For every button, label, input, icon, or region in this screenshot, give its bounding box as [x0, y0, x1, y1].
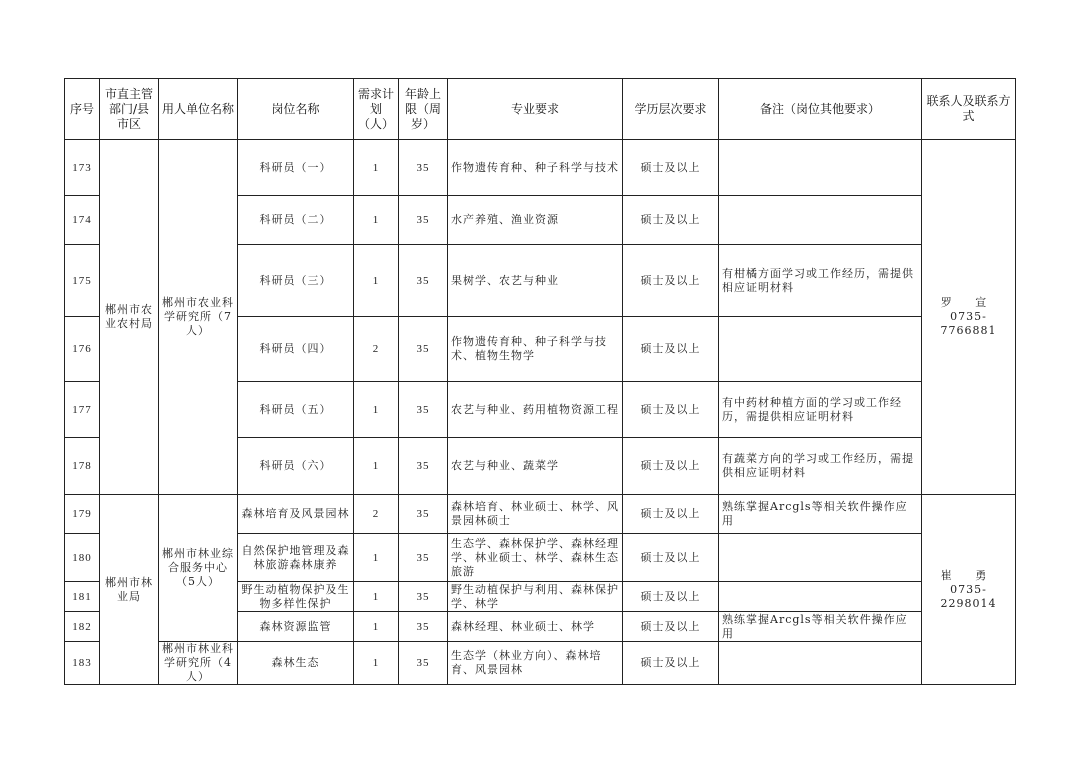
row-notes: 有中药材种植方面的学习或工作经历，需提供相应证明材料 [719, 382, 922, 438]
recruitment-table: 序号 市直主管部门/县市区 用人单位名称 岗位名称 需求计划（人） 年龄上限（周… [64, 78, 1016, 685]
row-position: 科研员（一） [238, 140, 354, 196]
row-major: 农艺与种业、药用植物资源工程 [448, 382, 623, 438]
row-major: 森林培育、林业硕士、林学、风景园林硕士 [448, 495, 623, 534]
row-seq: 178 [65, 438, 100, 495]
row-education: 硕士及以上 [623, 495, 719, 534]
row-quota: 1 [354, 612, 399, 642]
dept-cell: 郴州市农业农村局 [100, 140, 159, 495]
row-quota: 2 [354, 317, 399, 382]
row-notes: 熟练掌握Arcgls等相关软件操作应用 [719, 612, 922, 642]
row-seq: 174 [65, 196, 100, 245]
row-position: 科研员（三） [238, 245, 354, 317]
row-seq: 182 [65, 612, 100, 642]
row-education: 硕士及以上 [623, 382, 719, 438]
row-education: 硕士及以上 [623, 438, 719, 495]
row-notes [719, 140, 922, 196]
row-position: 森林生态 [238, 642, 354, 685]
row-major: 作物遗传育种、种子科学与技术、植物生物学 [448, 317, 623, 382]
row-notes [719, 582, 922, 612]
contact-phone: 0735-2298014 [925, 583, 1012, 611]
row-major: 农艺与种业、蔬菜学 [448, 438, 623, 495]
contact-cell: 崔 勇 0735-2298014 [922, 495, 1016, 685]
header-age: 年龄上限（周岁） [399, 79, 448, 140]
table-row: 179 郴州市林业局 郴州市林业综合服务中心（5人） 森林培育及风景园林 2 3… [65, 495, 1016, 534]
row-age: 35 [399, 382, 448, 438]
row-quota: 2 [354, 495, 399, 534]
row-education: 硕士及以上 [623, 196, 719, 245]
row-seq: 181 [65, 582, 100, 612]
row-notes [719, 642, 922, 685]
row-seq: 183 [65, 642, 100, 685]
row-quota: 1 [354, 582, 399, 612]
row-age: 35 [399, 317, 448, 382]
row-age: 35 [399, 140, 448, 196]
row-notes [719, 196, 922, 245]
row-major: 水产养殖、渔业资源 [448, 196, 623, 245]
row-age: 35 [399, 642, 448, 685]
row-age: 35 [399, 438, 448, 495]
unit-cell: 郴州市农业科学研究所（7人） [159, 140, 238, 495]
row-notes: 有蔬菜方向的学习或工作经历，需提供相应证明材料 [719, 438, 922, 495]
contact-cell: 罗 宣 0735-7766881 [922, 140, 1016, 495]
row-notes [719, 317, 922, 382]
contact-name: 罗 宣 [925, 296, 1012, 310]
row-quota: 1 [354, 438, 399, 495]
row-position: 科研员（二） [238, 196, 354, 245]
row-seq: 177 [65, 382, 100, 438]
contact-name: 崔 勇 [925, 569, 1012, 583]
row-position: 自然保护地管理及森林旅游森林康养 [238, 534, 354, 582]
row-age: 35 [399, 582, 448, 612]
row-seq: 176 [65, 317, 100, 382]
row-notes: 有柑橘方面学习或工作经历，需提供相应证明材料 [719, 245, 922, 317]
unit-cell: 郴州市林业综合服务中心（5人） [159, 495, 238, 642]
row-age: 35 [399, 245, 448, 317]
row-education: 硕士及以上 [623, 582, 719, 612]
row-notes [719, 534, 922, 582]
row-major: 作物遗传育种、种子科学与技术 [448, 140, 623, 196]
row-major: 生态学（林业方向）、森林培育、风景园林 [448, 642, 623, 685]
row-quota: 1 [354, 534, 399, 582]
row-age: 35 [399, 196, 448, 245]
header-major: 专业要求 [448, 79, 623, 140]
row-position: 森林资源监管 [238, 612, 354, 642]
row-major: 生态学、森林保护学、森林经理学、林业硕士、林学、森林生态旅游 [448, 534, 623, 582]
row-position: 科研员（五） [238, 382, 354, 438]
row-seq: 179 [65, 495, 100, 534]
row-seq: 180 [65, 534, 100, 582]
header-unit: 用人单位名称 [159, 79, 238, 140]
row-education: 硕士及以上 [623, 245, 719, 317]
table-row: 173 郴州市农业农村局 郴州市农业科学研究所（7人） 科研员（一） 1 35 … [65, 140, 1016, 196]
header-position: 岗位名称 [238, 79, 354, 140]
row-position: 野生动植物保护及生物多样性保护 [238, 582, 354, 612]
unit-cell: 郴州市林业科学研究所（4人） [159, 642, 238, 685]
header-quota: 需求计划（人） [354, 79, 399, 140]
header-dept: 市直主管部门/县市区 [100, 79, 159, 140]
row-seq: 175 [65, 245, 100, 317]
row-major: 果树学、农艺与种业 [448, 245, 623, 317]
row-age: 35 [399, 612, 448, 642]
row-age: 35 [399, 534, 448, 582]
header-contact: 联系人及联系方式 [922, 79, 1016, 140]
contact-phone: 0735-7766881 [925, 310, 1012, 338]
row-quota: 1 [354, 642, 399, 685]
header-education: 学历层次要求 [623, 79, 719, 140]
row-quota: 1 [354, 196, 399, 245]
table-row: 183 郴州市林业科学研究所（4人） 森林生态 1 35 生态学（林业方向）、森… [65, 642, 1016, 685]
row-position: 科研员（六） [238, 438, 354, 495]
header-row: 序号 市直主管部门/县市区 用人单位名称 岗位名称 需求计划（人） 年龄上限（周… [65, 79, 1016, 140]
row-position: 科研员（四） [238, 317, 354, 382]
header-notes: 备注（岗位其他要求） [719, 79, 922, 140]
row-major: 森林经理、林业硕士、林学 [448, 612, 623, 642]
row-position: 森林培育及风景园林 [238, 495, 354, 534]
row-seq: 173 [65, 140, 100, 196]
header-seq: 序号 [65, 79, 100, 140]
row-education: 硕士及以上 [623, 140, 719, 196]
row-education: 硕士及以上 [623, 642, 719, 685]
row-education: 硕士及以上 [623, 534, 719, 582]
row-quota: 1 [354, 245, 399, 317]
row-age: 35 [399, 495, 448, 534]
row-education: 硕士及以上 [623, 612, 719, 642]
row-notes: 熟练掌握Arcgls等相关软件操作应用 [719, 495, 922, 534]
row-quota: 1 [354, 140, 399, 196]
row-quota: 1 [354, 382, 399, 438]
row-major: 野生动植保护与利用、森林保护学、林学 [448, 582, 623, 612]
dept-cell: 郴州市林业局 [100, 495, 159, 685]
row-education: 硕士及以上 [623, 317, 719, 382]
